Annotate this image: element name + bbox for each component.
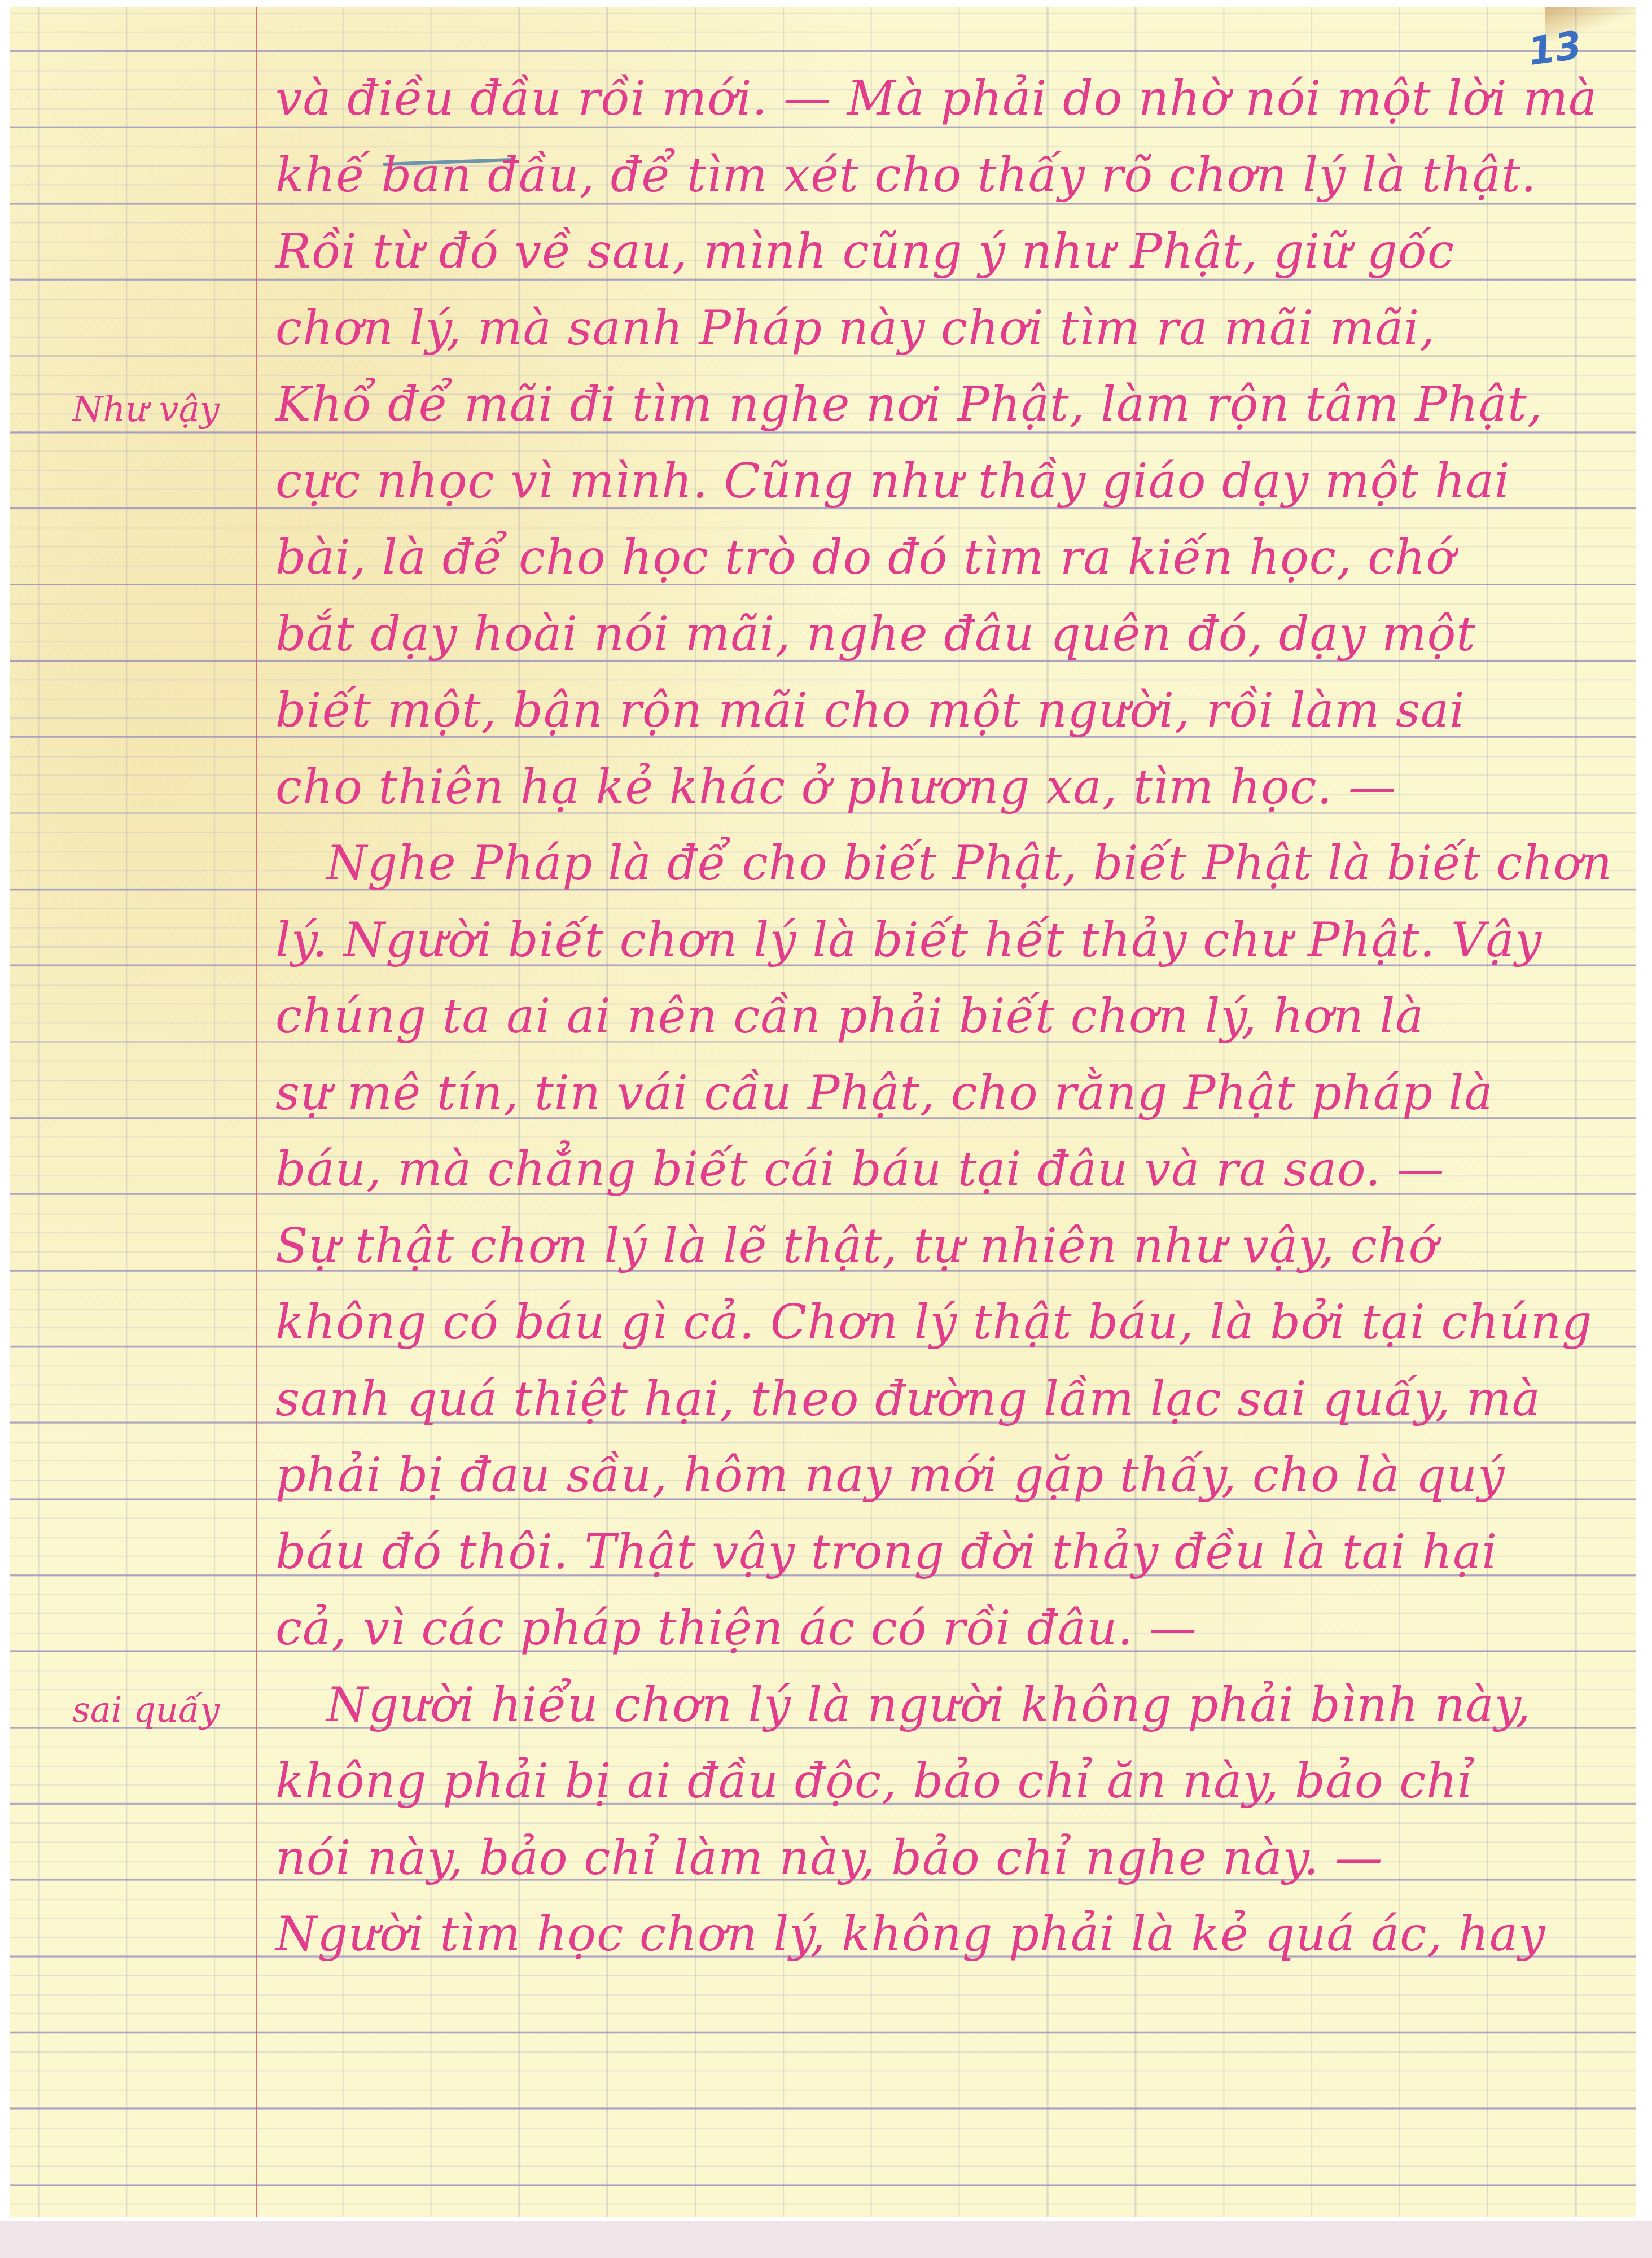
text-line: báu, mà chẳng biết cái báu tại đâu và ra… (275, 1145, 1613, 1193)
text-line: phải bị đau sầu, hôm nay mới gặp thấy, c… (275, 1451, 1613, 1499)
text-line: cả, vì các pháp thiện ác có rồi đâu. — (275, 1604, 1613, 1652)
text-line: khế ban đầu, để tìm xét cho thấy rõ chơn… (275, 151, 1613, 199)
text-line: Người tìm học chơn lý, không phải là kẻ … (275, 1910, 1613, 1958)
text-line: bài, là để cho học trò do đó tìm ra kiến… (275, 533, 1613, 581)
margin-note: sai quấy (72, 1689, 220, 1730)
text-line: Người hiểu chơn lý là người không phải b… (326, 1681, 1613, 1728)
text-line: Nghe Pháp là để cho biết Phật, biết Phật… (326, 839, 1589, 887)
text-line: và điều đầu rồi mới. — Mà phải do nhờ nó… (275, 75, 1613, 122)
text-line: báu đó thôi. Thật vậy trong đời thảy đều… (275, 1528, 1613, 1576)
text-line: Sự thật chơn lý là lẽ thật, tự nhiên như… (275, 1222, 1613, 1270)
text-line: chúng ta ai ai nên cần phải biết chơn lý… (275, 992, 1613, 1040)
margin-rule (256, 7, 257, 2217)
text-line: biết một, bận rộn mãi cho một người, rồi… (275, 686, 1613, 734)
text-line: không phải bị ai đầu độc, bảo chỉ ăn này… (275, 1757, 1613, 1805)
text-line: cho thiên hạ kẻ khác ở phương xa, tìm họ… (275, 763, 1613, 811)
text-line: chơn lý, mà sanh Pháp này chơi tìm ra mã… (275, 304, 1613, 352)
text-line: lý. Người biết chơn lý là biết hết thảy … (275, 916, 1613, 964)
text-line: không có báu gì cả. Chơn lý thật báu, là… (275, 1298, 1613, 1346)
text-line: bắt dạy hoài nói mãi, nghe đâu quên đó, … (275, 610, 1613, 658)
margin-note: Như vậy (72, 388, 220, 430)
text-line: nói này, bảo chỉ làm này, bảo chỉ nghe n… (275, 1834, 1613, 1881)
text-line: sự mê tín, tin vái cầu Phật, cho rằng Ph… (275, 1069, 1613, 1117)
scan-edge (0, 2221, 1652, 2258)
text-line: cực nhọc vì mình. Cũng như thầy giáo dạy… (275, 457, 1613, 505)
text-line: Rồi từ đó về sau, mình cũng ý như Phật, … (275, 227, 1613, 275)
page-number: 13 (1526, 23, 1585, 75)
notebook-page: 13 và điều đầu rồi mới. — Mà phải do nhờ… (10, 7, 1636, 2217)
text-line: Khổ để mãi đi tìm nghe nơi Phật, làm rộn… (275, 380, 1613, 428)
text-line: sanh quá thiệt hại, theo đường lầm lạc s… (275, 1375, 1613, 1423)
